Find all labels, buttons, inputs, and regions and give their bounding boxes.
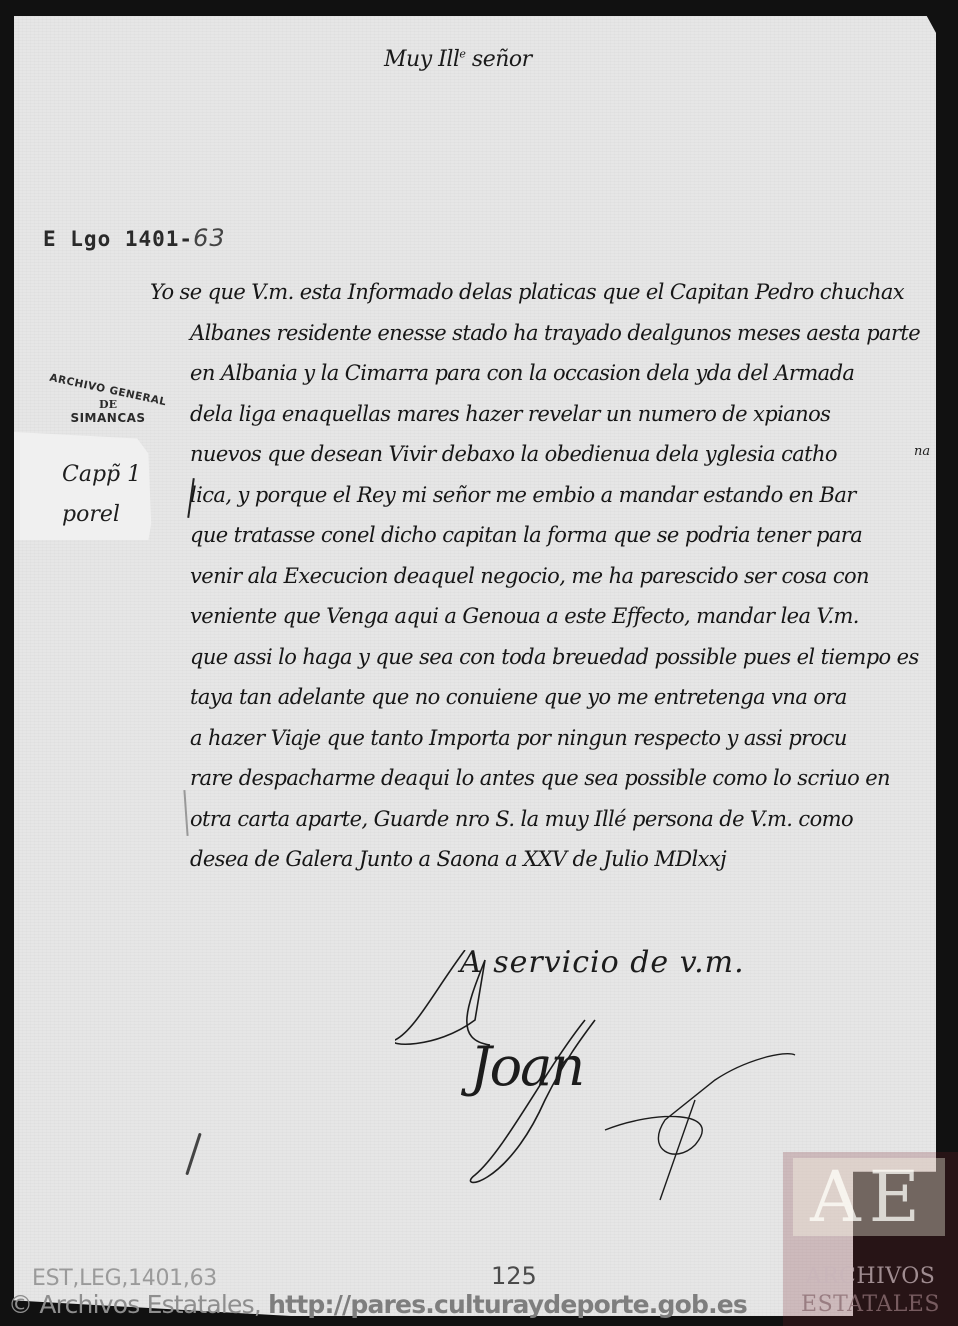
margin-note: Capp̃ 1 porel [62, 455, 141, 535]
body-line: a hazer Viaje que tanto Importa por ning… [150, 718, 920, 759]
body-line: Yo se que V.m. esta Informado delas plat… [150, 272, 920, 313]
body-line: nuevos que desean Vivir debaxo la obedie… [150, 434, 920, 475]
body-line: taya tan adelante que no conuiene que yo… [150, 677, 920, 718]
body-line: venir ala Execucion deaquel negocio, me … [150, 556, 920, 597]
copyright-url: http://pares.culturaydeporte.gob.es [268, 1290, 747, 1319]
copyright-prefix: © Archivos Estatales, [8, 1290, 261, 1319]
body-line: dela liga enaquellas mares hazer revelar… [150, 394, 920, 435]
archive-reference-handwritten: 63 [193, 224, 226, 252]
body-line: rare despacharme deaqui lo antes que sea… [150, 758, 920, 799]
body-line: veniente que Venga aqui a Genoua a este … [150, 596, 920, 637]
salutation-suffix: señor [472, 47, 532, 72]
archive-reference: E Lgo 1401-63 [43, 224, 226, 252]
margin-note-line-1: Capp̃ 1 [62, 455, 141, 495]
signature: Joan [470, 1035, 583, 1098]
body-line: desea de Galera Junto a Saona a XXV de J… [150, 839, 920, 880]
archivos-estatales-logo: AE ARCHIVOS ESTATALES [783, 1152, 958, 1326]
archive-reference-printed: E Lgo 1401- [43, 227, 193, 251]
body-line: lica, y porque el Rey mi señor me embio … [150, 475, 920, 516]
body-line: que tratasse conel dicho capitan la form… [150, 515, 920, 556]
watermark-code: EST,LEG,1401,63 [32, 1266, 217, 1291]
folio-number: 125 [491, 1262, 537, 1290]
superscript-note: na [914, 444, 930, 459]
body-line: Albanes residente enesse stado ha trayad… [150, 313, 920, 354]
body-line: otra carta aparte, Guarde nro S. la muy … [150, 799, 920, 840]
copyright-watermark: © Archivos Estatales, http://pares.cultu… [8, 1290, 747, 1319]
salutation-abbr: Ill [438, 47, 459, 72]
salutation-abbr-sup: e [459, 48, 465, 61]
signature-flourish-icon [395, 950, 815, 1210]
logo-line-1: ARCHIVOS [783, 1264, 958, 1289]
closing-formula: A servicio de v.m. [460, 945, 745, 980]
body-line: que assi lo haga y que sea con toda breu… [150, 637, 920, 678]
salutation: Muy Ille señor [384, 47, 532, 72]
logo-letters: AE [793, 1158, 945, 1236]
body-line: en Albania y la Cimarra para con la occa… [150, 353, 920, 394]
logo-line-2: ESTATALES [783, 1292, 958, 1317]
margin-note-line-2: porel [62, 495, 141, 535]
salutation-prefix: Muy [384, 47, 432, 72]
letter-body: Yo se que V.m. esta Informado delas plat… [150, 272, 920, 880]
